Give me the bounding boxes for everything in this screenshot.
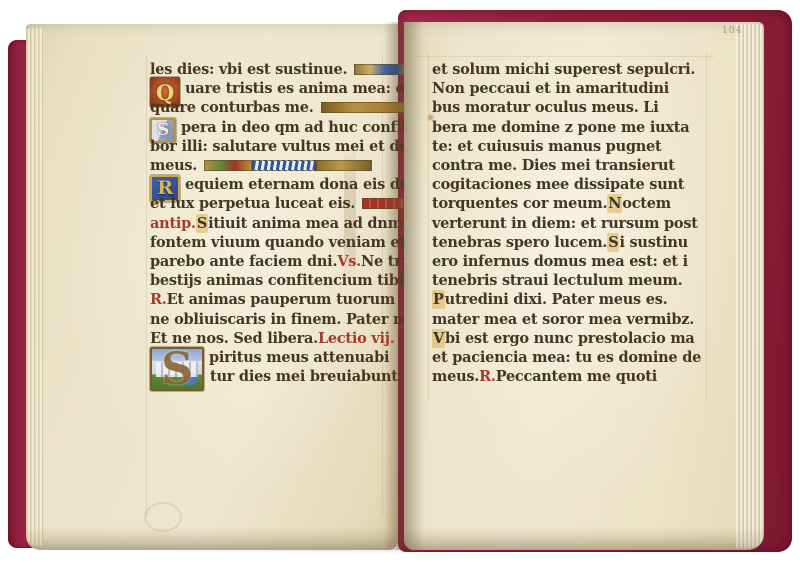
body-text: itiuit anima mea ad dnm: [208, 214, 403, 233]
body-text: S: [607, 233, 619, 252]
body-text: N: [607, 194, 622, 213]
ruling-line-vertical: [428, 52, 429, 402]
body-text: piritus meus attenuabi: [209, 348, 389, 367]
body-text: octem: [622, 194, 671, 213]
gutter-shadow: [384, 22, 424, 550]
left-page: les dies: vbi est sustinue.Quare tristis…: [26, 24, 398, 550]
body-text: pera in deo qm ad huc confite: [181, 118, 417, 137]
page-edge-stack-right: [736, 24, 764, 548]
manuscript-text-line: torquentes cor meum. Noctem: [432, 194, 671, 213]
body-text: P: [432, 290, 445, 309]
manuscript-text-line: verterunt in diem: et rursum post: [432, 214, 698, 233]
manuscript-text-line: tur dies mei breuiabunt.: [210, 367, 403, 386]
manuscript-text-line: Putredini dixi. Pater meus es.: [432, 290, 667, 309]
illuminated-initial-s: S: [150, 347, 204, 391]
faint-ring-stain: [144, 502, 182, 532]
body-text: quare conturbas me.: [150, 98, 314, 117]
body-text: utredini dixi. Pater meus es.: [445, 290, 668, 309]
rubric-text: antip.: [150, 214, 196, 233]
body-text: torquentes cor meum.: [432, 194, 607, 213]
body-text: Non peccaui et in amaritudini: [432, 79, 669, 98]
manuscript-text-line: et solum michi superest sepulcri.: [432, 60, 695, 79]
body-text: bera me domine z pone me iuxta: [432, 118, 689, 137]
body-text: equiem eternam dona eis do.: [185, 175, 414, 194]
manuscript-text-line: Vbi est ergo nunc prestolacio ma: [432, 329, 695, 348]
manuscript-text-line: bestijs animas confitencium tibi.: [150, 271, 409, 290]
manuscript-text-line: mater mea et soror mea vermibz.: [432, 310, 694, 329]
line-filler-segment: [316, 160, 372, 171]
body-text: meus.: [432, 367, 479, 386]
manuscript-text-line: bus moratur oculus meus. Li: [432, 98, 659, 117]
folio-number: 104: [722, 26, 742, 36]
line-filler-segment: [252, 160, 316, 171]
body-text: i sustinu: [619, 233, 687, 252]
rubric-text: R.: [150, 290, 167, 309]
right-text-block: et solum michi superest sepulcri.Non pec…: [432, 60, 712, 390]
body-text: bi est ergo nunc prestolacio ma: [445, 329, 695, 348]
manuscript-text-line: tenebras spero lucem. Si sustinu: [432, 233, 688, 252]
body-text: V: [432, 329, 445, 348]
line-filler-ornament: [204, 160, 372, 171]
ruling-line-horizontal: [414, 56, 714, 57]
body-text: ero infernus domus mea est: et i: [432, 252, 688, 271]
body-text: et paciencia mea: tu es domine de: [432, 348, 701, 367]
manuscript-text-line: quare conturbas me.: [150, 98, 415, 117]
body-text: tenebris straui lectulum meum.: [432, 271, 682, 290]
manuscript-text-line: R. Et animas pauperum tuorum: [150, 290, 395, 309]
rubric-text: R.: [479, 367, 496, 386]
body-text: tenebras spero lucem.: [432, 233, 607, 252]
manuscript-text-line: meus.: [150, 156, 372, 175]
manuscript-text-line: antip. Sitiuit anima mea ad dnm: [150, 214, 403, 233]
body-text: les dies: vbi est sustinue.: [150, 60, 347, 79]
manuscript-text-line: bera me domine z pone me iuxta: [432, 118, 689, 137]
body-text: meus.: [150, 156, 197, 175]
manuscript-text-line: et paciencia mea: tu es domine de: [432, 348, 701, 367]
line-filler-segment: [204, 160, 252, 171]
manuscript-text-line: contra me. Dies mei transierut: [432, 156, 675, 175]
left-text-block: les dies: vbi est sustinue.Quare tristis…: [150, 60, 386, 390]
body-text: cogitaciones mee dissipate sunt: [432, 175, 684, 194]
ruling-line-vertical: [146, 56, 147, 516]
body-text: S: [196, 214, 208, 233]
body-text: parebo ante faciem dni.: [150, 252, 337, 271]
body-text: bestijs animas confitencium tibi.: [150, 271, 409, 290]
manuscript-text-line: ne obliuiscaris in finem. Pater nr.: [150, 310, 414, 329]
manuscript-text-line: les dies: vbi est sustinue.: [150, 60, 416, 79]
manuscript-text-line: Non peccaui et in amaritudini: [432, 79, 669, 98]
body-text: bus moratur oculus meus. Li: [432, 98, 659, 117]
right-page: 104 et solum michi superest sepulcri.Non…: [404, 22, 764, 550]
manuscript-text-line: cogitaciones mee dissipate sunt: [432, 175, 684, 194]
initial-letter-glyph: S: [152, 349, 202, 389]
manuscript-text-line: meus. R. Peccantem me quoti: [432, 367, 657, 386]
manuscript-text-line: te: et cuiusuis manus pugnet: [432, 137, 661, 156]
body-text: contra me. Dies mei transierut: [432, 156, 675, 175]
body-text: te: et cuiusuis manus pugnet: [432, 137, 661, 156]
body-text: verterunt in diem: et rursum post: [432, 214, 698, 233]
body-text: uare tristis es anima mea: et: [185, 79, 411, 98]
body-text: ne obliuiscaris in finem. Pater nr.: [150, 310, 414, 329]
body-text: Peccantem me quoti: [496, 367, 657, 386]
manuscript-photo: les dies: vbi est sustinue.Quare tristis…: [0, 0, 800, 563]
body-text: mater mea et soror mea vermibz.: [432, 310, 694, 329]
body-text: et solum michi superest sepulcri.: [432, 60, 695, 79]
page-edge-stack-left: [26, 28, 44, 546]
rubric-text: Vs.: [337, 252, 361, 271]
body-text: et lux perpetua luceat eis.: [150, 194, 355, 213]
body-text: Et animas pauperum tuorum: [167, 290, 395, 309]
manuscript-text-line: ero infernus domus mea est: et i: [432, 252, 688, 271]
body-text: tur dies mei breuiabunt.: [210, 367, 403, 386]
manuscript-text-line: tenebris straui lectulum meum.: [432, 271, 682, 290]
